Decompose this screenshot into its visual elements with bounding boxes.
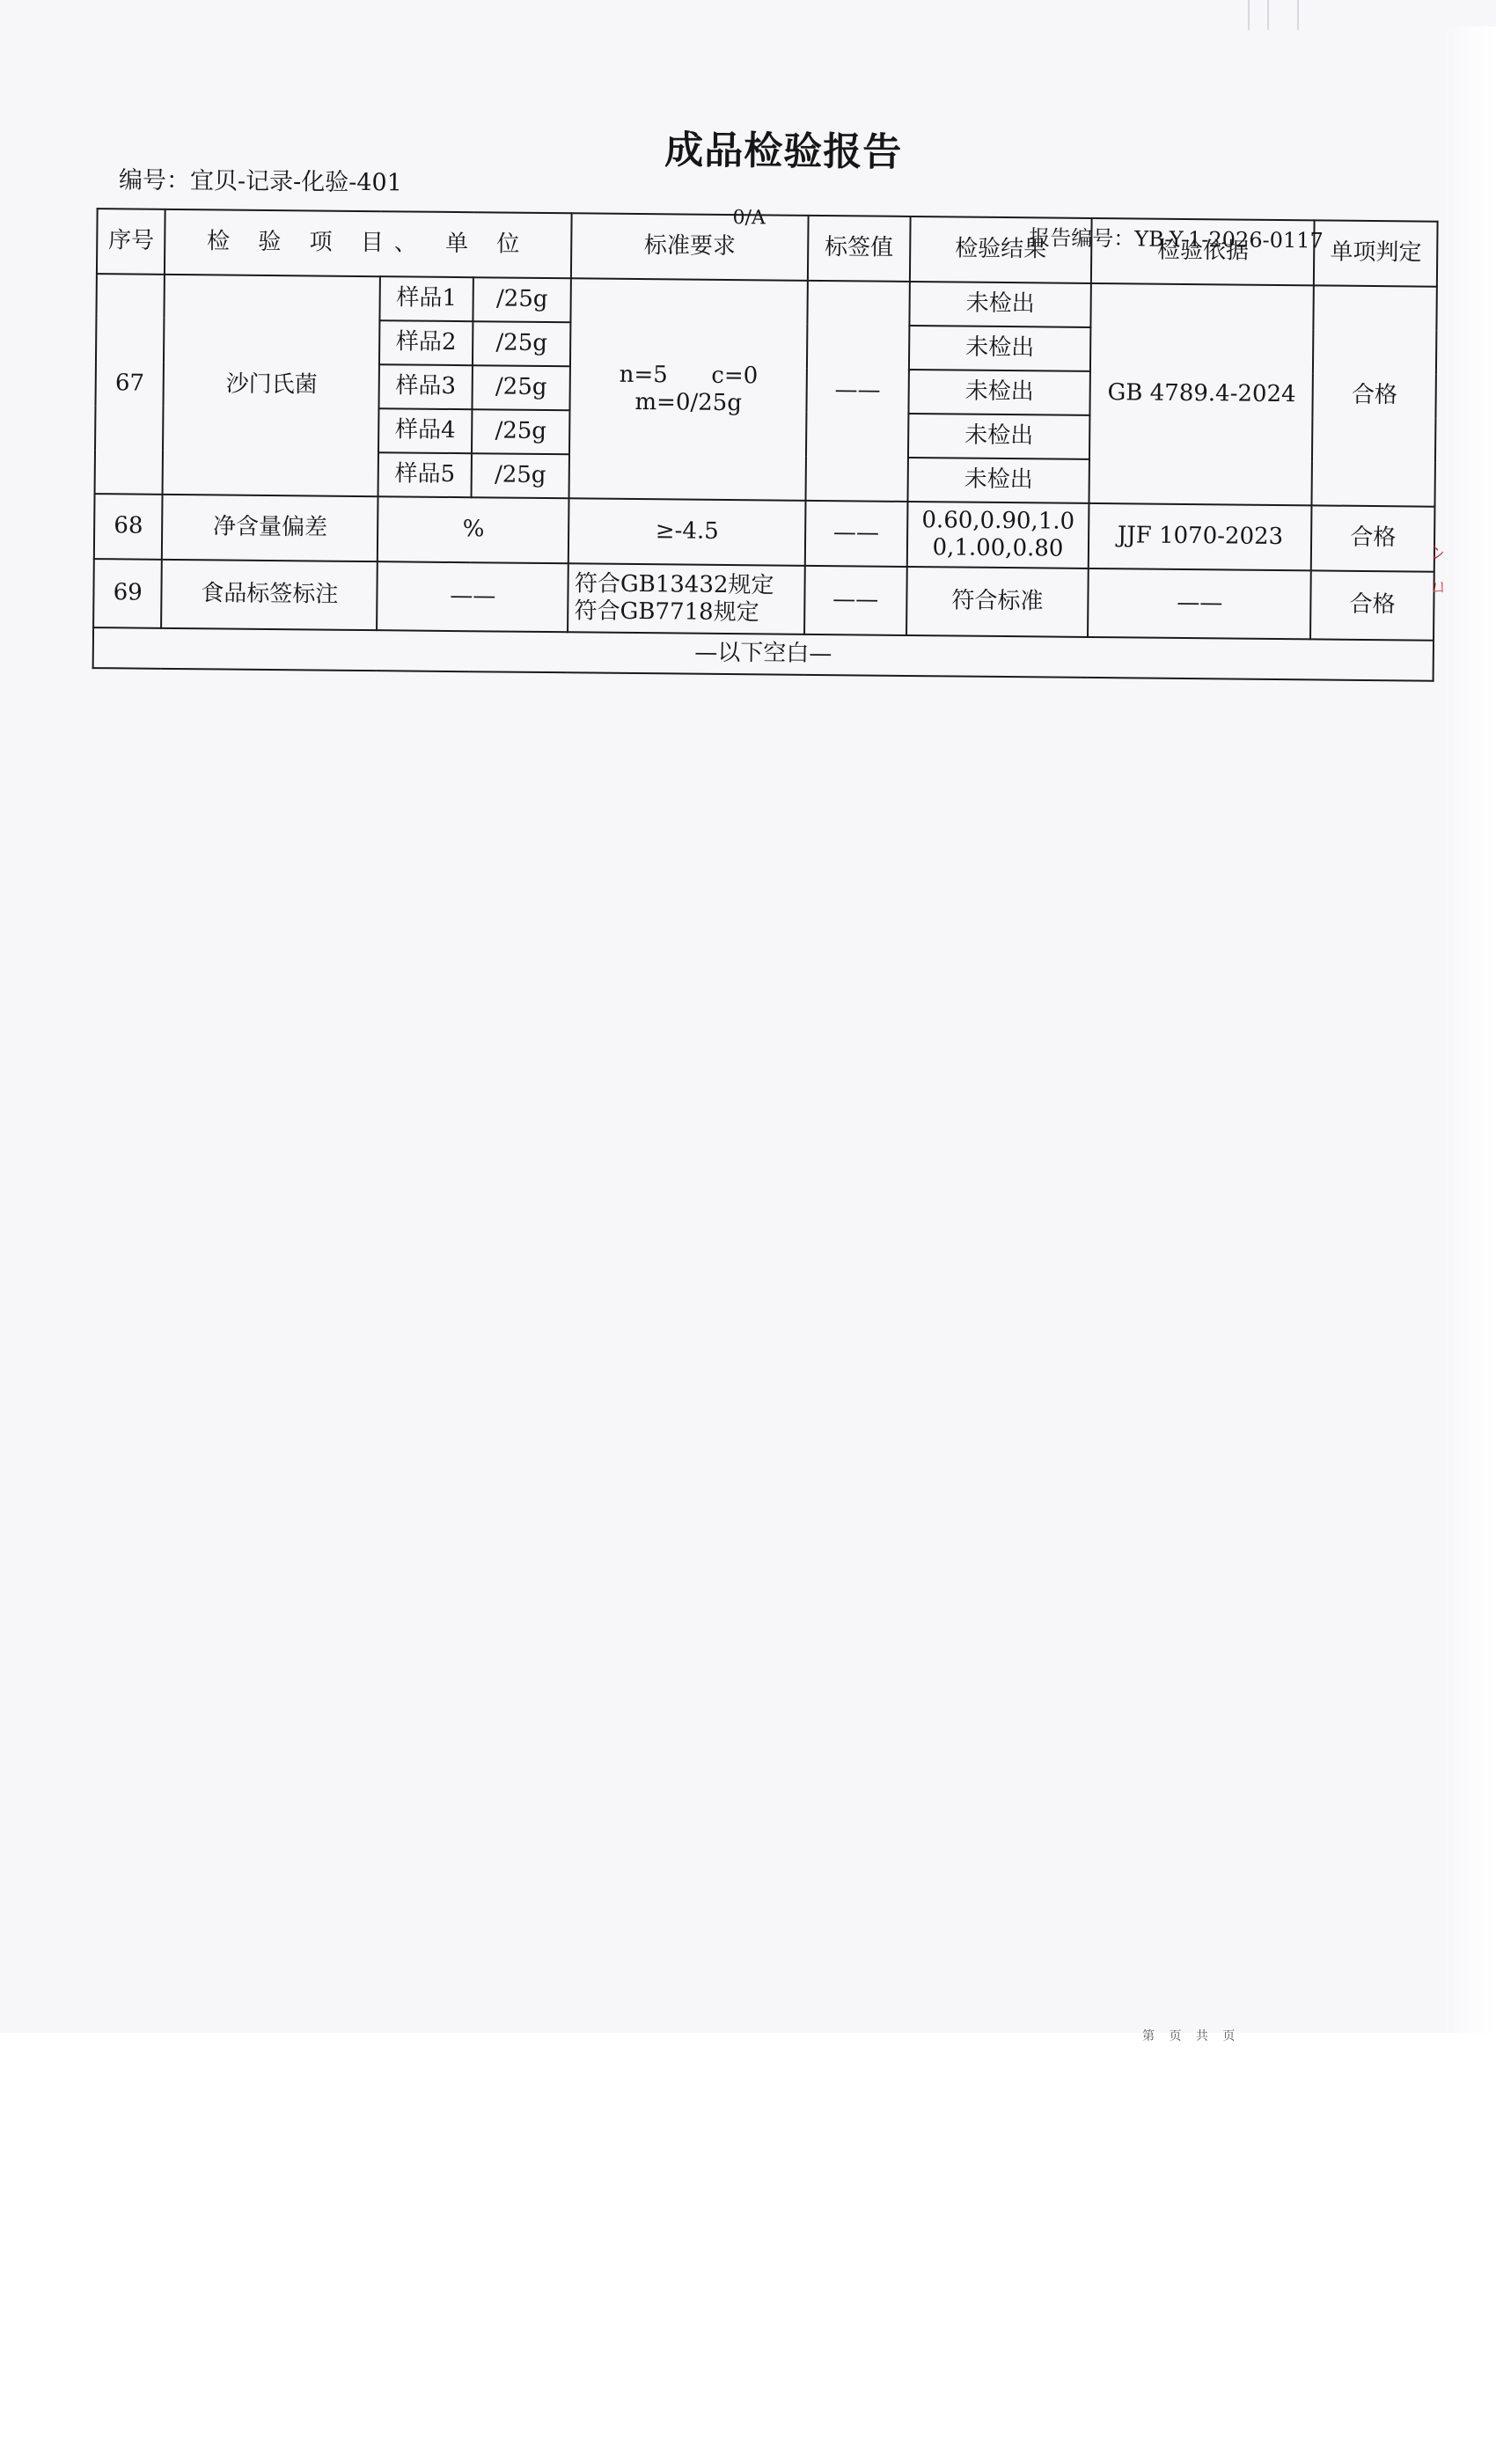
row-verdict: 合格 <box>1312 285 1437 506</box>
header-label-value: 标签值 <box>808 216 910 282</box>
sample-unit: /25g <box>473 321 571 366</box>
row-no: 67 <box>95 274 165 495</box>
sample-result: 未检出 <box>909 326 1091 371</box>
result-line: 0,1.00,0.80 <box>908 534 1089 563</box>
header-result: 检验结果 <box>910 216 1092 283</box>
report-content: 成品检验报告 编号：宜贝-记录-化验-401 0/A 报告编号：YB-Y-1-2… <box>0 0 1496 805</box>
sample-result: 未检出 <box>907 458 1089 503</box>
sample-unit: /25g <box>471 453 569 498</box>
row-item: 沙门氏菌 <box>163 275 380 496</box>
sample-name: 样品4 <box>378 408 472 453</box>
sample-name: 样品2 <box>379 320 473 365</box>
row-basis: JJF 1070-2023 <box>1089 503 1312 570</box>
sample-result: 未检出 <box>909 282 1091 327</box>
header-standard: 标准要求 <box>571 213 808 281</box>
header-basis: 检验依据 <box>1091 218 1315 285</box>
seal-mark: ㄩ <box>1430 572 1448 598</box>
row-basis: GB 4789.4-2024 <box>1089 283 1315 505</box>
sample-name: 样品5 <box>378 452 472 497</box>
row-verdict: 合格 <box>1311 505 1434 571</box>
sample-unit: /25g <box>473 277 571 322</box>
scanned-page: 成品检验报告 编号：宜贝-记录-化验-401 0/A 报告编号：YB-Y-1-2… <box>0 0 1496 2033</box>
document-code-value: 宜贝-记录-化验-401 <box>190 167 402 196</box>
standard-line: 符合GB13432规定 <box>575 570 804 600</box>
row-unit: % <box>378 496 569 563</box>
standard-line: 符合GB7718规定 <box>574 598 803 627</box>
inspection-table: 序号 检 验 项 目、 单 位 标准要求 标签值 检验结果 检验依据 单项判定 … <box>92 208 1439 682</box>
row-verdict: 合格 <box>1310 570 1434 640</box>
row-label-value: —— <box>805 501 907 567</box>
table-row: 69 食品标签标注 —— 符合GB13432规定 符合GB7718规定 —— 符… <box>93 559 1434 641</box>
row-no: 69 <box>93 559 162 628</box>
header-item-unit: 检 验 项 目、 单 位 <box>165 209 572 278</box>
sample-name: 样品3 <box>379 364 473 409</box>
sample-unit: /25g <box>472 409 570 454</box>
standard-line: m=0/25g <box>571 388 806 418</box>
header-no: 序号 <box>97 209 165 275</box>
sample-name: 样品1 <box>380 276 473 321</box>
row-basis: —— <box>1088 568 1311 639</box>
row-label-value: —— <box>804 566 906 635</box>
document-code: 编号：宜贝-记录-化验-401 <box>119 160 402 197</box>
standard-line: n=5 c=0 <box>571 361 806 391</box>
header-verdict: 单项判定 <box>1314 220 1437 286</box>
row-unit: —— <box>377 561 568 632</box>
seal-mark: ン <box>1430 539 1448 564</box>
row-standard: 符合GB13432规定 符合GB7718规定 <box>568 563 804 634</box>
row-no: 68 <box>94 494 163 560</box>
document-code-label: 编号： <box>119 166 190 194</box>
row-label-value: —— <box>805 281 909 502</box>
row-standard: n=5 c=0 m=0/25g <box>569 278 808 501</box>
sample-result: 未检出 <box>908 370 1090 415</box>
row-standard: ≥-4.5 <box>568 498 805 566</box>
sample-result: 未检出 <box>908 414 1090 459</box>
page-footer: 第 页 共 页 <box>1142 2027 1240 2044</box>
row-result: 符合标准 <box>906 567 1089 637</box>
row-item: 净含量偏差 <box>162 495 378 561</box>
result-line: 0.60,0.90,1.0 <box>908 507 1089 536</box>
sample-unit: /25g <box>472 365 570 410</box>
row-result: 0.60,0.90,1.0 0,1.00,0.80 <box>906 502 1089 568</box>
row-item: 食品标签标注 <box>162 560 378 630</box>
